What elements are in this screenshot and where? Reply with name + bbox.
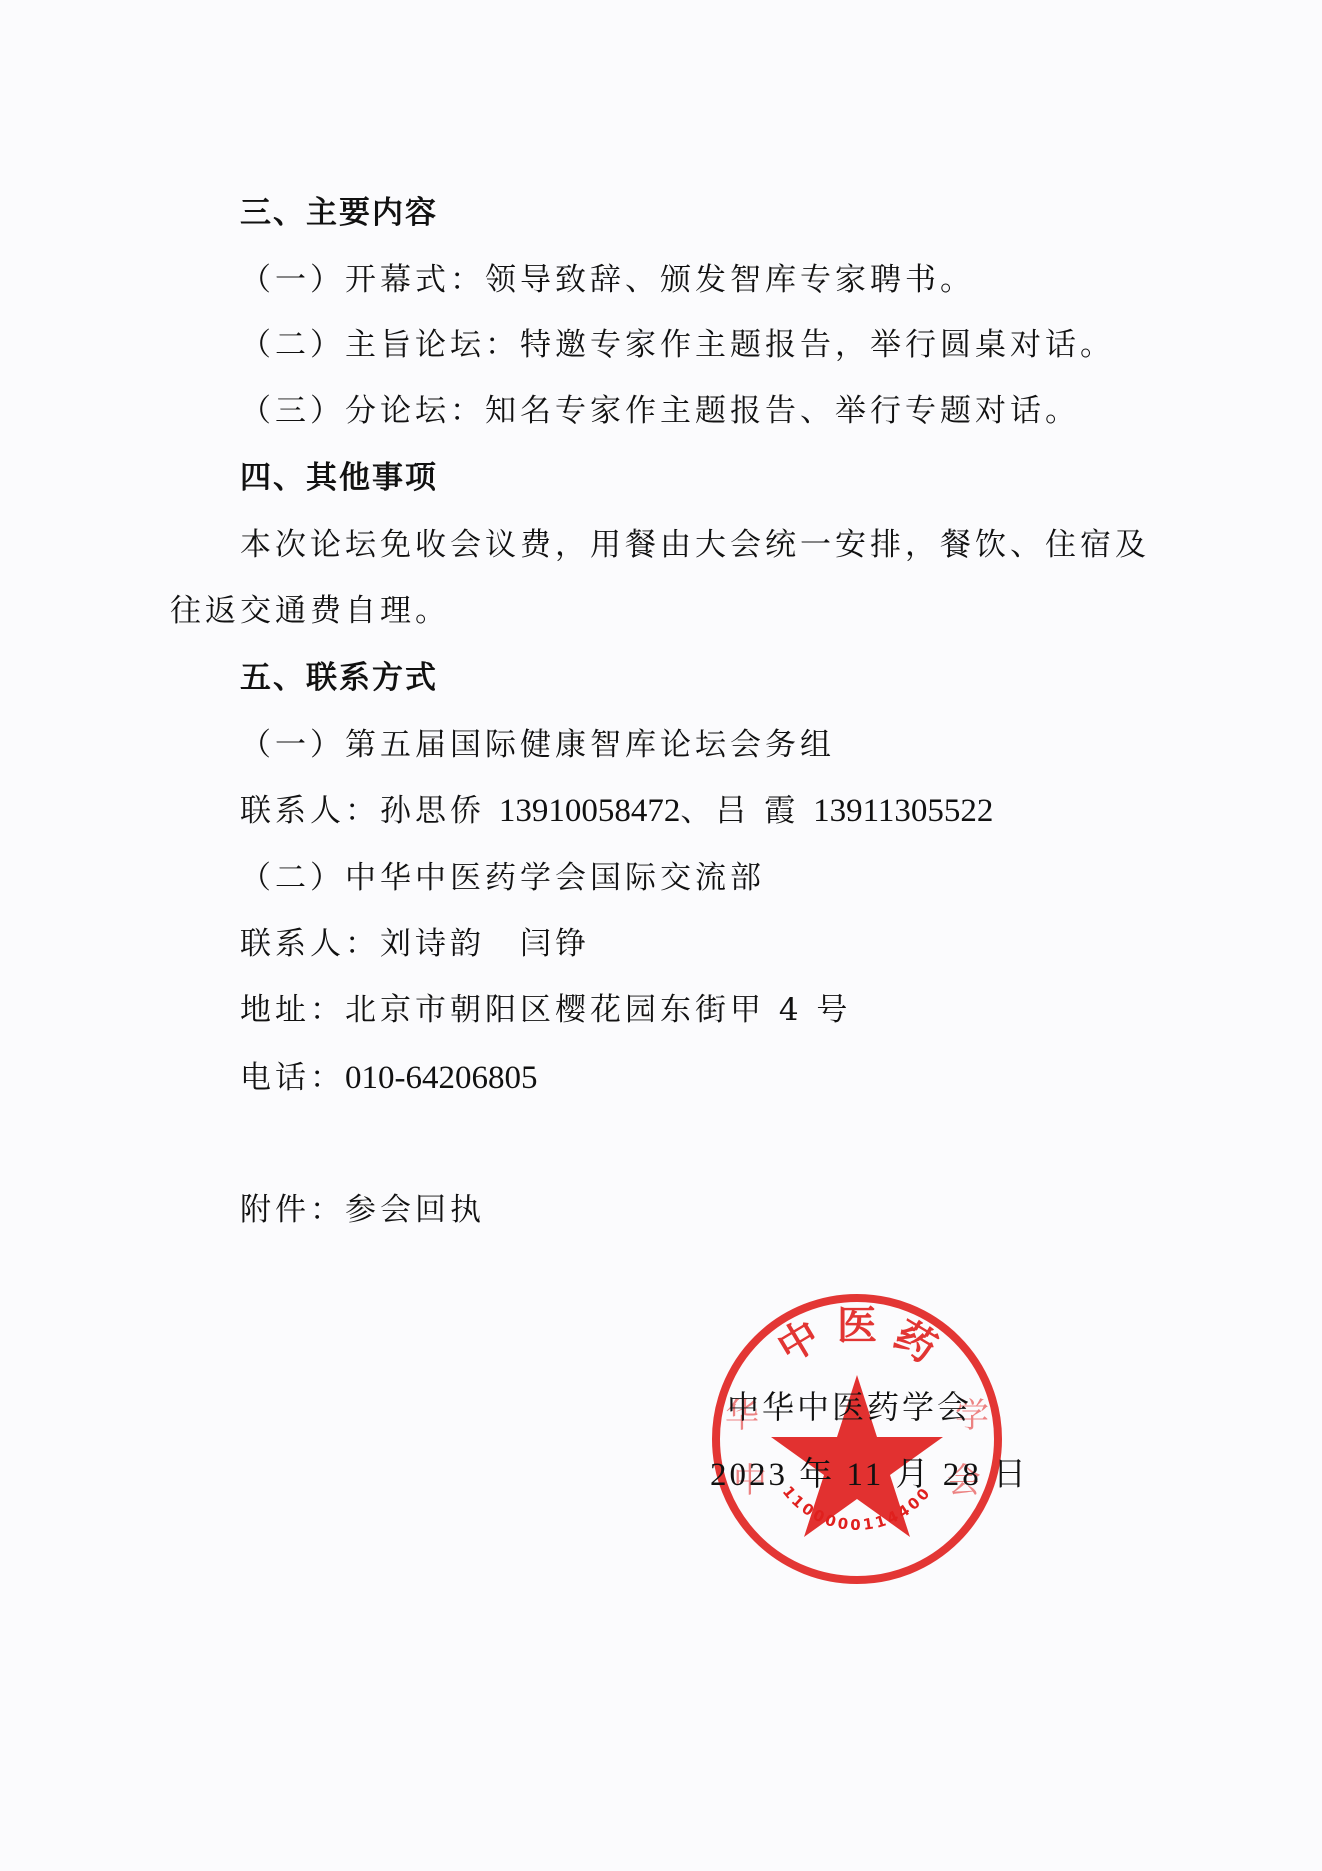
- contact-phone-2: 13911305522: [813, 793, 993, 829]
- address-value: 北京市朝阳区樱花园东街甲 4 号: [345, 992, 851, 1028]
- phone-value: 010-64206805: [345, 1060, 538, 1096]
- signature-date: 2023 年 11 月 28 日: [710, 1455, 1029, 1495]
- document-page: 三、主要内容 （一）开幕式：领导致辞、颁发智库专家聘书。 （二）主旨论坛：特邀专…: [0, 0, 1322, 1871]
- section-4-paragraph-line-2: 往返交通费自理。: [170, 591, 450, 631]
- contact-name-1: 孙思侨: [380, 793, 485, 829]
- section-3-heading: 三、主要内容: [240, 193, 438, 233]
- attachment-note: 附件：参会回执: [240, 1190, 485, 1230]
- phone-line: 电话：010-64206805: [240, 1058, 538, 1098]
- official-seal-icon: 中 医 药 华 学 中 会 1100000114400: [705, 1287, 1009, 1591]
- section-4-paragraph-line-1: 本次论坛免收会议费，用餐由大会统一安排，餐饮、住宿及: [240, 525, 1150, 565]
- svg-text:中 医 药: 中 医 药: [769, 1302, 944, 1372]
- contact-group-1-title: （一）第五届国际健康智库论坛会务组: [240, 725, 835, 765]
- contact-group-2-title: （二）中华中医药学会国际交流部: [240, 858, 765, 898]
- signature-organization: 中华中医药学会: [727, 1387, 972, 1427]
- contact-phone-1: 13910058472: [499, 793, 681, 829]
- section-3-item-2: （二）主旨论坛：特邀专家作主题报告，举行圆桌对话。: [240, 325, 1115, 365]
- address-label: 地址：: [240, 992, 345, 1028]
- contact-separator: 、: [680, 793, 715, 829]
- address-line: 地址：北京市朝阳区樱花园东街甲 4 号: [240, 990, 851, 1030]
- section-3-item-3: （三）分论坛：知名专家作主题报告、举行专题对话。: [240, 391, 1080, 431]
- section-4-heading: 四、其他事项: [240, 458, 438, 498]
- contact-label: 联系人：: [240, 793, 380, 829]
- contact-group-2-contacts: 联系人：刘诗韵 闫铮: [240, 924, 590, 964]
- contact-group-1-contacts: 联系人：孙思侨 13910058472、吕 霞 13911305522: [240, 791, 993, 831]
- phone-label: 电话：: [240, 1060, 345, 1096]
- section-3-item-1: （一）开幕式：领导致辞、颁发智库专家聘书。: [240, 260, 975, 300]
- contact-name-2: 吕 霞: [715, 793, 799, 829]
- section-5-heading: 五、联系方式: [240, 658, 438, 698]
